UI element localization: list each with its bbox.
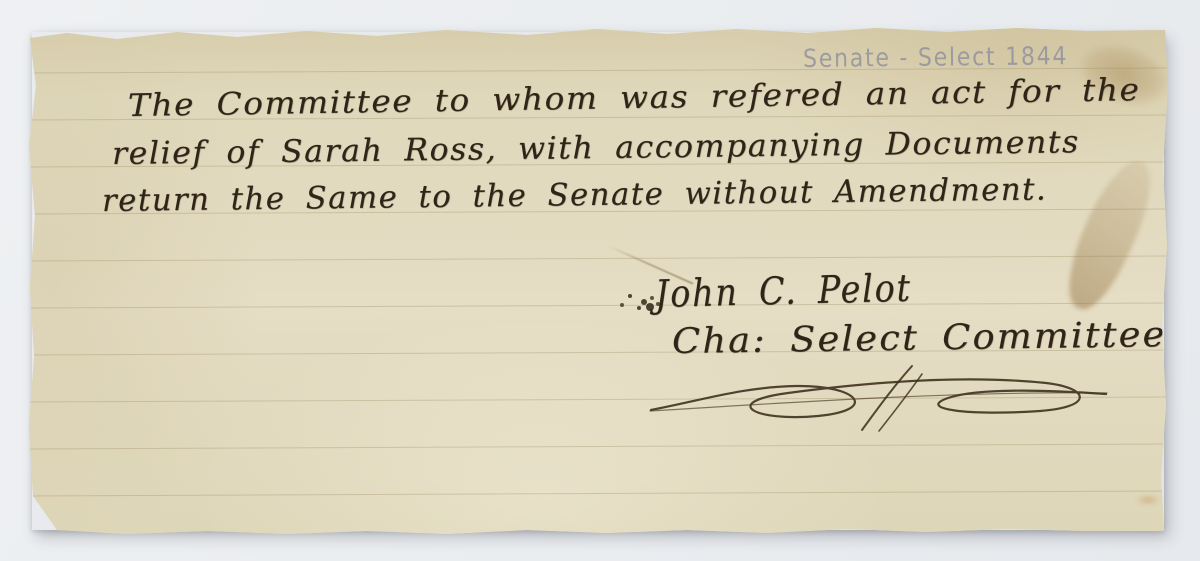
signature-flourish: [648, 360, 1110, 434]
photograph-background: Senate - Select 1844 The Committee to wh…: [0, 0, 1200, 561]
archival-annotation-pencil: Senate - Select 1844: [803, 41, 1068, 73]
signature-title: Cha: Select Committee: [672, 315, 1167, 362]
signature-name: John C. Pelot: [654, 266, 912, 316]
ink-splatter: [628, 294, 632, 298]
manuscript-paper: Senate - Select 1844 The Committee to wh…: [27, 26, 1169, 535]
